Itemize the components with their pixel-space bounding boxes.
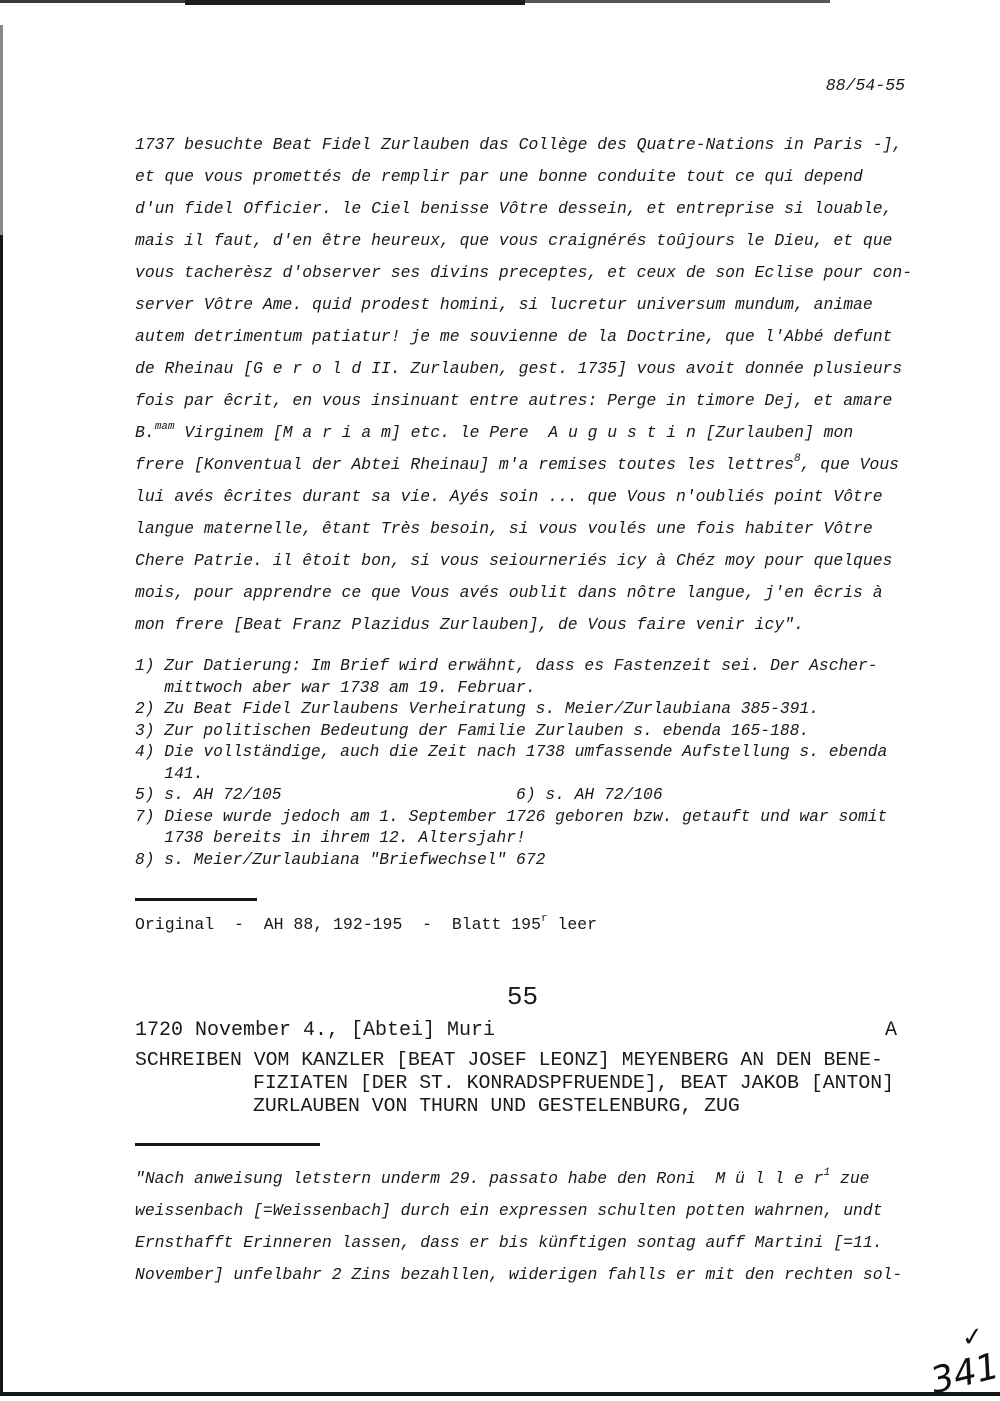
letter-body: 1737 besuchte Beat Fidel Zurlauben das C…: [135, 129, 912, 641]
separator-rule: [135, 1143, 320, 1146]
quote-line: November] unfelbahr 2 Zins bezahllen, wi…: [135, 1259, 902, 1291]
superscript-recto: r: [541, 913, 548, 925]
letter-line: langue maternelle, êtant Très besoin, si…: [135, 513, 912, 545]
letter-line: frere [Konventual der Abtei Rheinau] m'a…: [135, 449, 912, 481]
entry-heading: SCHREIBEN VOM KANZLER [BEAT JOSEF LEONZ]…: [135, 1049, 894, 1118]
letter-line: de Rheinau [G e r o l d II. Zurlauben, g…: [135, 353, 912, 385]
entry-date-line: 1720 November 4., [Abtei] Muri: [135, 1019, 495, 1042]
letter-line-text: B.: [135, 423, 155, 442]
entry-heading-line: FIZIATEN [DER ST. KONRADSPFRUENDE], BEAT…: [253, 1072, 894, 1095]
letter-line: mais il faut, d'en être heureux, que vou…: [135, 225, 912, 257]
footnotes-section: 1) Zur Datierung: Im Brief wird erwähnt,…: [135, 655, 887, 870]
footnote-ref-1: 1: [824, 1167, 831, 1179]
archive-letter: A: [885, 1019, 897, 1042]
page-number: 88/54-55: [826, 76, 905, 95]
letter-line: B.mam Virginem [M a r i a m] etc. le Per…: [135, 417, 912, 449]
source-text: leer: [548, 915, 598, 934]
letter-line: Chere Patrie. il êtoit bon, si vous seio…: [135, 545, 912, 577]
letter-line: autem detrimentum patiatur! je me souvie…: [135, 321, 912, 353]
footnote-line: 1738 bereits in ihrem 12. Altersjahr!: [135, 827, 887, 849]
letter-line: fois par êcrit, en vous insinuant entre …: [135, 385, 912, 417]
footnote-line: 5) s. AH 72/105 6) s. AH 72/106: [135, 784, 887, 806]
quote-line-text: zue: [830, 1169, 869, 1188]
footnote-line: 3) Zur politischen Bedeutung der Familie…: [135, 720, 887, 742]
quote-line-text: "Nach anweisung letstern underm 29. pass…: [135, 1169, 824, 1188]
scan-edge-top: [185, 0, 525, 5]
scan-edge-bottom: [0, 1392, 1000, 1396]
letter-line-text: , que Vous: [801, 455, 899, 474]
footnote-line: mittwoch aber war 1738 am 19. Februar.: [135, 677, 887, 699]
quote-line: "Nach anweisung letstern underm 29. pass…: [135, 1163, 902, 1195]
footnote-line: 2) Zu Beat Fidel Zurlaubens Verheiratung…: [135, 698, 887, 720]
letter-line: d'un fidel Officier. le Ciel benisse Vôt…: [135, 193, 912, 225]
letter-line: 1737 besuchte Beat Fidel Zurlauben das C…: [135, 129, 912, 161]
superscript-mam: mam: [155, 421, 175, 433]
source-text: Original - AH 88, 192-195 - Blatt 195: [135, 915, 541, 934]
entry-quote: "Nach anweisung letstern underm 29. pass…: [135, 1163, 902, 1291]
letter-line: mon frere [Beat Franz Plazidus Zurlauben…: [135, 609, 912, 641]
separator-rule: [135, 898, 257, 901]
letter-line: vous tacherèsz d'observer ses divins pre…: [135, 257, 912, 289]
handwritten-number: 341: [927, 1346, 1000, 1400]
letter-line-text: frere [Konventual der Abtei Rheinau] m'a…: [135, 455, 794, 474]
entry-heading-line: SCHREIBEN VOM KANZLER [BEAT JOSEF LEONZ]…: [135, 1049, 894, 1072]
footnote-line: 7) Diese wurde jedoch am 1. September 17…: [135, 806, 887, 828]
handwritten-annotation: ✓ 341: [918, 1310, 1000, 1400]
scanned-document-page: 88/54-55 1737 besuchte Beat Fidel Zurlau…: [0, 0, 1000, 1401]
quote-line: Ernsthafft Erinneren lassen, dass er bis…: [135, 1227, 902, 1259]
source-line: Original - AH 88, 192-195 - Blatt 195r l…: [135, 915, 597, 934]
scan-edge-left: [0, 25, 3, 235]
letter-line: mois, pour apprendre ce que Vous avés ou…: [135, 577, 912, 609]
footnote-ref-8: 8: [794, 453, 801, 465]
footnote-line: 8) s. Meier/Zurlaubiana "Briefwechsel" 6…: [135, 849, 887, 871]
quote-line: weissenbach [=Weissenbach] durch ein exp…: [135, 1195, 902, 1227]
letter-line: server Vôtre Ame. quid prodest homini, s…: [135, 289, 912, 321]
entry-heading-line: ZURLAUBEN VON THURN UND GESTELENBURG, ZU…: [253, 1095, 894, 1118]
letter-line: et que vous promettés de remplir par une…: [135, 161, 912, 193]
scan-edge-top: [525, 0, 830, 3]
footnote-line: 141.: [135, 763, 887, 785]
letter-line-text: Virginem [M a r i a m] etc. le Pere A u …: [175, 423, 854, 442]
scan-edge-left: [0, 235, 3, 1395]
letter-line: lui avés êcrites durant sa vie. Ayés soi…: [135, 481, 912, 513]
scan-edge-top: [0, 0, 185, 3]
footnote-line: 1) Zur Datierung: Im Brief wird erwähnt,…: [135, 655, 887, 677]
footnote-line: 4) Die vollständige, auch die Zeit nach …: [135, 741, 887, 763]
entry-number: 55: [135, 982, 910, 1012]
